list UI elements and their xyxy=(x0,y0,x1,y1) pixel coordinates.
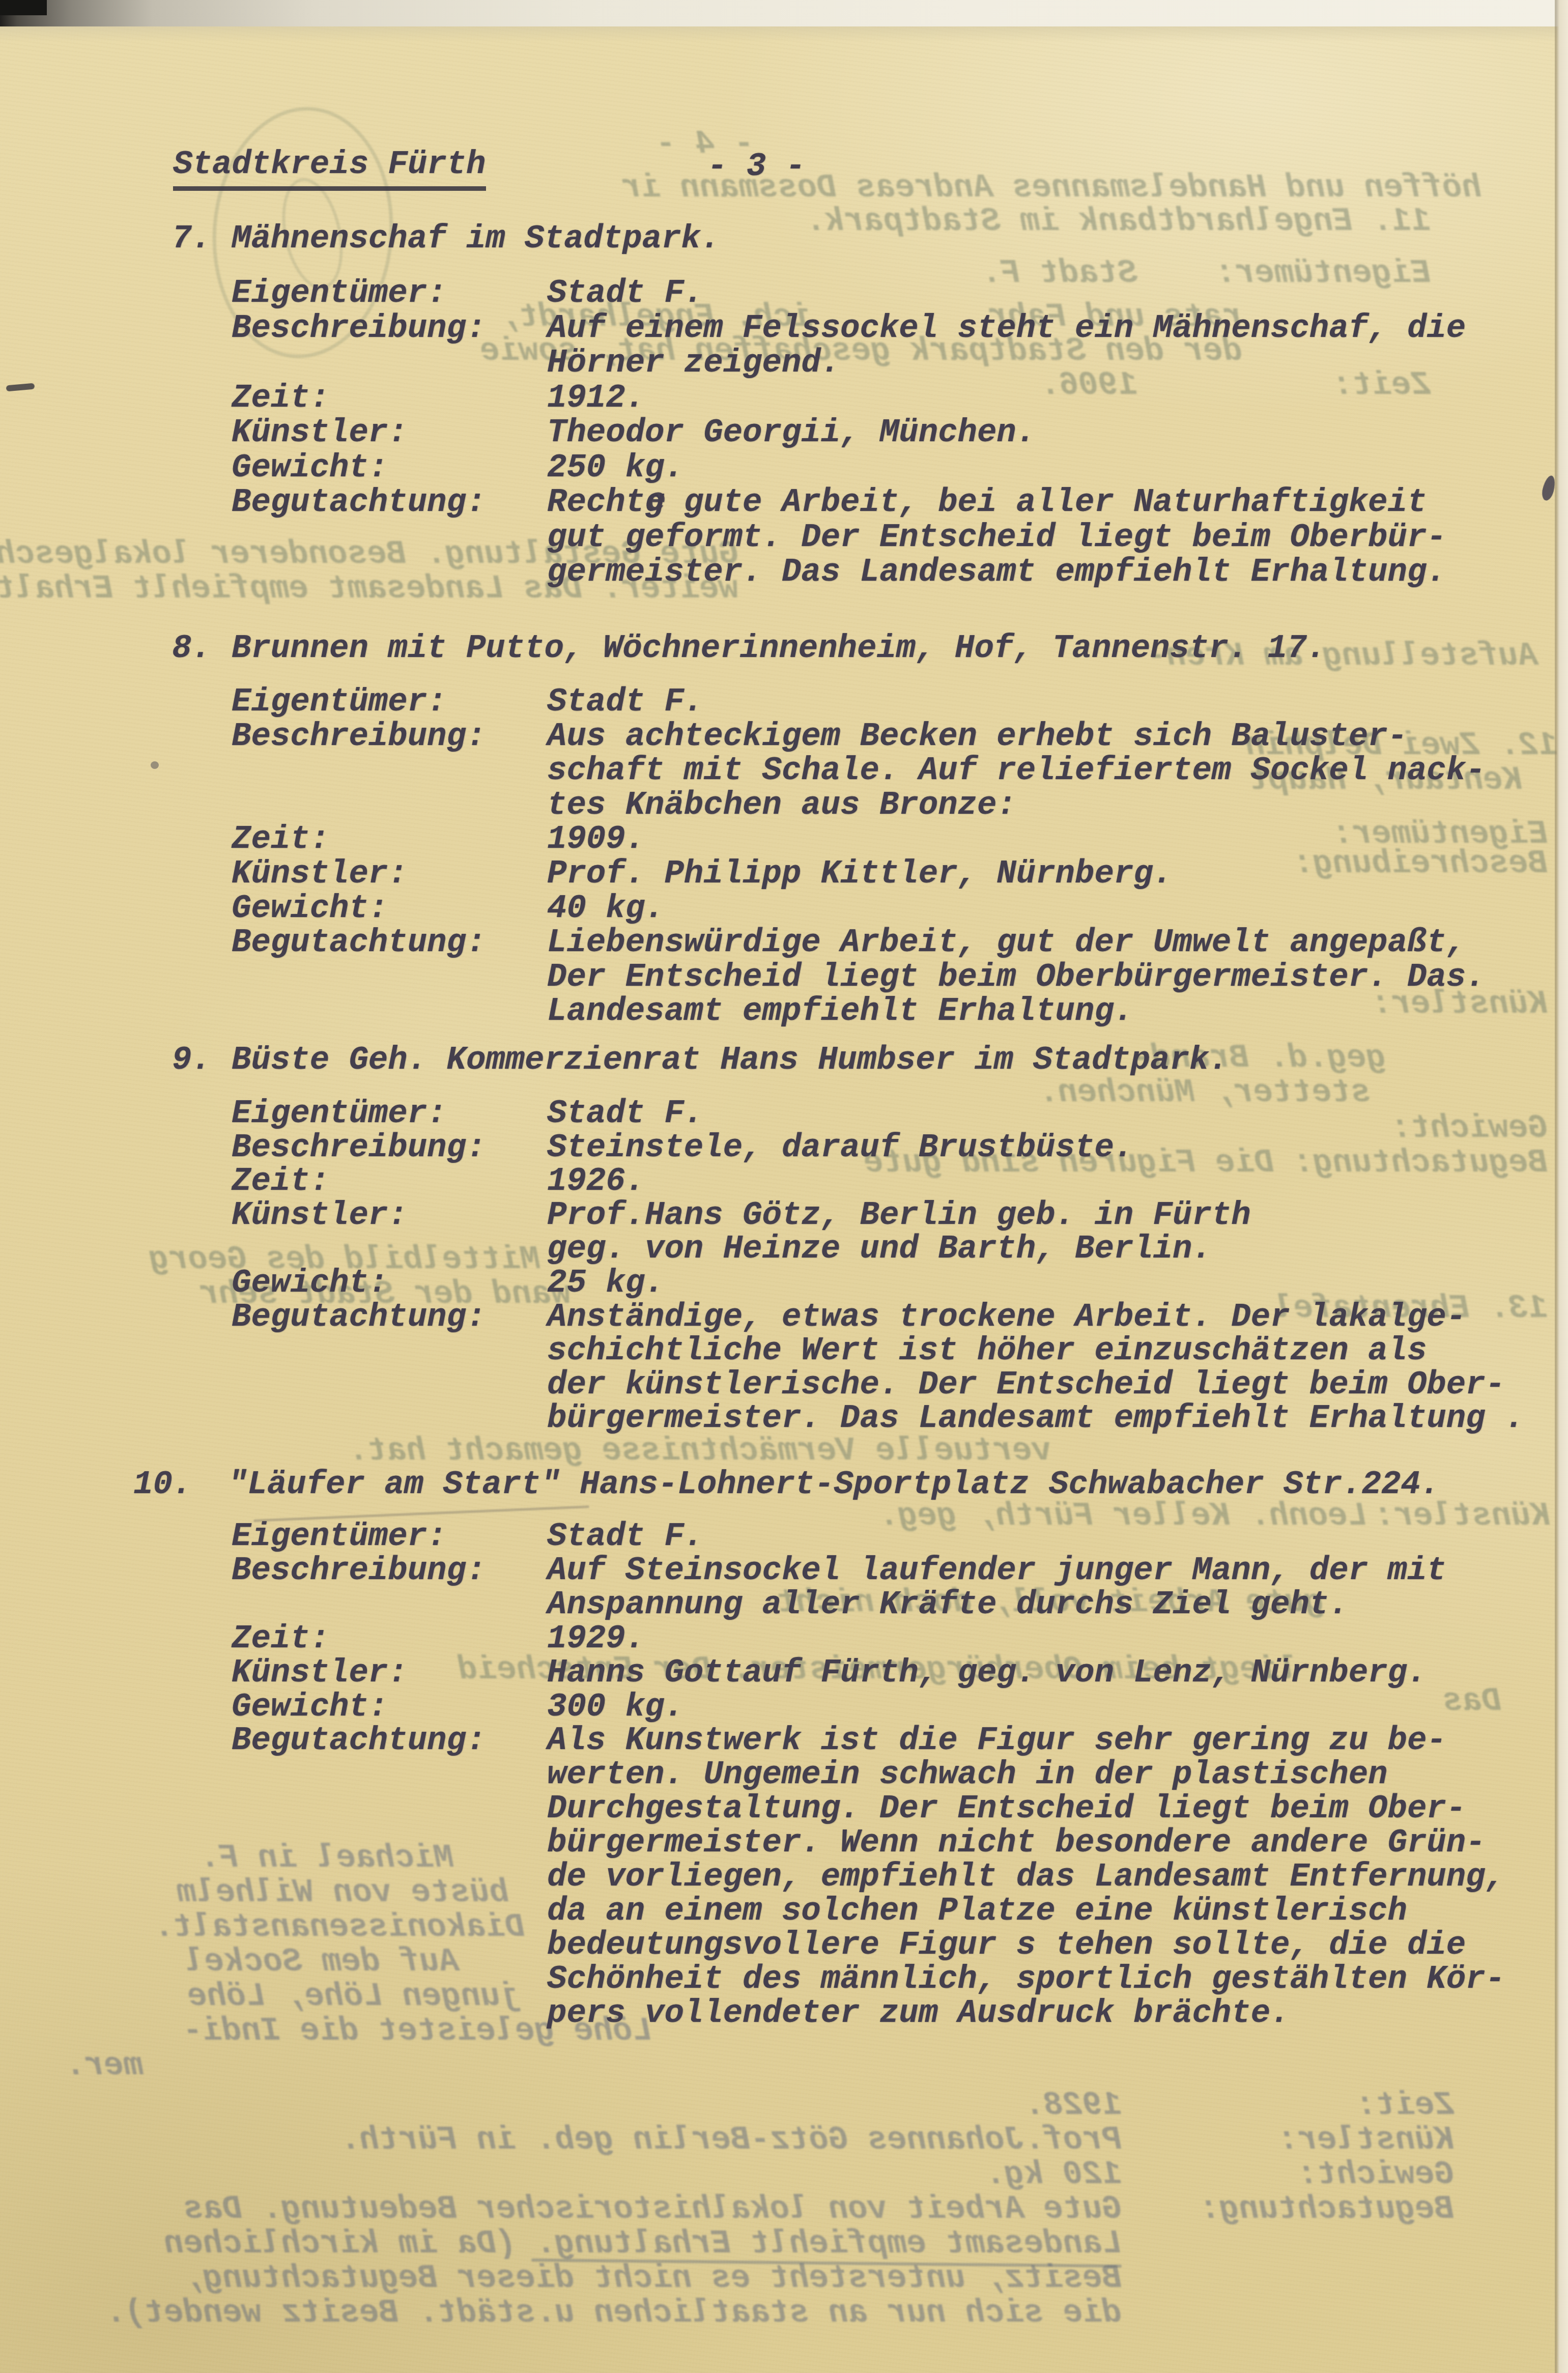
value-segment: bürgermeister. xyxy=(547,1400,840,1437)
value-segment: schichtliche Wert ist höher einzuschätze… xyxy=(547,1333,1427,1369)
entry-number: 9. xyxy=(172,1044,211,1077)
overstrike-char: e xyxy=(646,485,666,518)
value-segment: Aus achteckigem Becken erhebt sich Balus… xyxy=(547,719,1407,755)
value-segment: tes Knäbchen aus Bronze: xyxy=(547,787,1016,824)
field-value-line: Prof. Philipp Kittler, Nürnberg. xyxy=(547,858,1173,891)
scan-right-edge xyxy=(1555,0,1568,2373)
field-label: Gewicht: xyxy=(232,452,388,484)
field-value-line: Anspannung aller Kräfte durchs Ziel geht… xyxy=(547,1589,1349,1621)
field-label: Begutachtung: xyxy=(232,1725,486,1757)
value-segment: Anspannung aller Kräfte durchs Ziel geht… xyxy=(547,1587,1349,1623)
field-value-line: 25 kg. xyxy=(547,1267,664,1300)
value-segment: da an einem solchen Platze eine künstler… xyxy=(547,1893,1407,1930)
value-segment: Landesamt empfiehlt Erhaltung. xyxy=(547,993,1133,1030)
entry-title: Brunnen mit Putto, Wöchnerinnenheim, Hof… xyxy=(232,633,1326,665)
value-segment: Durchgestaltung. Der Entscheid liegt bei… xyxy=(547,1791,1466,1827)
field-value-line: Anständige, etwas trockene Arbeit. Der l… xyxy=(547,1301,1466,1334)
field-value-line: da an einem solchen Platze eine künstler… xyxy=(547,1895,1407,1928)
value-segment: schaft mit Schale. Auf reliefiertem Sock… xyxy=(547,753,1486,789)
field-label: Begutachtung: xyxy=(232,927,486,959)
field-value-line: Steinstele, darauf Brustbüste. xyxy=(547,1132,1133,1164)
value-segment: Steinstele, darauf Brustbüste. xyxy=(547,1130,1133,1166)
field-label: Künstler: xyxy=(232,1199,408,1232)
entry-number: 8. xyxy=(172,633,211,665)
value-segment: 1926. xyxy=(547,1163,645,1200)
value-segment: Theodor Georgii, München. xyxy=(547,415,1036,451)
field-value-line: Durchgestaltung. Der Entscheid liegt bei… xyxy=(547,1793,1466,1825)
field-label: Zeit: xyxy=(232,1165,329,1198)
value-segment: Stadt F. xyxy=(547,1519,703,1555)
field-value-line: Aus achteckigem Becken erhebt sich Balus… xyxy=(547,721,1407,753)
field-value-line: 40 kg. xyxy=(547,893,664,925)
scan-top-edge xyxy=(0,0,1568,26)
entry-title: Mähnenschaf im Stadtpark. xyxy=(232,223,720,255)
value-segment: Auf Steinsockel laufender junger Mann, d… xyxy=(547,1553,1446,1589)
field-label: Zeit: xyxy=(232,1623,329,1655)
field-value-line: Landesamt empfiehlt Erhaltung. xyxy=(547,995,1133,1028)
field-label: Eigentümer: xyxy=(232,686,446,719)
entries: 7.Mähnenschaf im Stadtpark.Eigentümer:St… xyxy=(0,0,1568,2373)
value-segment: Der Entscheid liegt beim Oberbürgermeist… xyxy=(547,959,1407,996)
field-value-line: bürgermeister. Das Landesamt empfiehlt E… xyxy=(547,1403,1524,1435)
field-label: Beschreibung: xyxy=(232,312,486,345)
field-value-line: Stadt F. xyxy=(547,686,703,719)
field-value-line: Rechtge gute Arbeit, bei aller Naturhaft… xyxy=(547,487,1427,519)
value-segment: gut geformt. Der Entscheid liegt beim Ob… xyxy=(547,520,1446,556)
value-segment: germeister. xyxy=(547,554,782,591)
value-segment: Schönheit des männlich, sportlich gestäh… xyxy=(547,1961,1505,1998)
scanned-document-page: - 4 -höffen und Handelsmannes Andreas Do… xyxy=(0,0,1568,2373)
field-label: Beschreibung: xyxy=(232,1132,486,1164)
field-value-line: de vorliegen, empfiehlt das Landesamt En… xyxy=(547,1861,1505,1894)
field-value-line: schaft mit Schale. Auf reliefiertem Sock… xyxy=(547,755,1486,787)
value-segment: Das. xyxy=(1407,959,1486,996)
value-segment: 1929. xyxy=(547,1621,645,1657)
field-label: Gewicht: xyxy=(232,893,388,925)
value-segment: 1909. xyxy=(547,821,645,858)
value-segment: bürgermeister. Wenn nicht besondere ande… xyxy=(547,1825,1486,1862)
value-segment: pers vollendeter zum Ausdruck brächte. xyxy=(547,1995,1290,2032)
value-segment: Prof. Philipp Kittler, Nürnberg. xyxy=(547,856,1173,893)
field-label: Beschreibung: xyxy=(232,1555,486,1587)
entry-title: Büste Geh. Kommerzienrat Hans Humbser im… xyxy=(232,1044,1229,1077)
field-value-line: 300 kg. xyxy=(547,1691,684,1724)
field-value-line: 1912. xyxy=(547,382,645,415)
field-value-line: Stadt F. xyxy=(547,1521,703,1553)
value-segment: geg. von Heinze und Barth, Berlin. xyxy=(547,1231,1212,1268)
field-value-line: schichtliche Wert ist höher einzuschätze… xyxy=(547,1335,1427,1367)
value-segment: Recht xyxy=(547,484,645,521)
entry-title: "Läufer am Start" Hans-Lohnert-Sportplat… xyxy=(228,1469,1440,1501)
field-value-line: Hörner zeigend. xyxy=(547,347,840,380)
value-segment: ge xyxy=(645,487,664,519)
value-segment: Das Landesamt empfiehlt Erhaltung. xyxy=(782,554,1446,591)
field-value-line: 1929. xyxy=(547,1623,645,1655)
value-segment: Stadt F. xyxy=(547,275,703,312)
field-label: Gewicht: xyxy=(232,1267,388,1300)
stray-ink-dot xyxy=(151,761,159,769)
field-label: Eigentümer: xyxy=(232,1521,446,1553)
value-segment: 40 kg. xyxy=(547,891,664,927)
value-segment: 25 kg. xyxy=(547,1265,664,1302)
field-value-line: 250 kg. xyxy=(547,452,684,484)
value-segment: Stadt F. xyxy=(547,1096,703,1132)
entry-number: 7. xyxy=(172,223,211,255)
field-value-line: Stadt F. xyxy=(547,1098,703,1130)
field-value-line: pers vollendeter zum Ausdruck brächte. xyxy=(547,1997,1290,2030)
field-value-line: bürgermeister. Wenn nicht besondere ande… xyxy=(547,1827,1486,1860)
value-segment: . xyxy=(1486,1400,1525,1437)
value-segment: der künstlerische. Der Entscheid liegt b… xyxy=(547,1367,1505,1404)
field-value-line: 1909. xyxy=(547,823,645,856)
scan-corner-shadow xyxy=(0,0,47,15)
field-label: Künstler: xyxy=(232,1657,408,1690)
field-value-line: 1926. xyxy=(547,1165,645,1198)
field-label: Zeit: xyxy=(232,823,329,856)
field-value-line: Hanns Gottauf Fürth, geg. von Lenz, Nürn… xyxy=(547,1657,1427,1690)
value-segment: Liebenswürdige Arbeit, gut der Umwelt an… xyxy=(547,925,1466,961)
field-value-line: Auf einem Felssockel steht ein Mähnensch… xyxy=(547,312,1466,345)
field-value-line: gut geformt. Der Entscheid liegt beim Ob… xyxy=(547,522,1446,554)
field-value-line: der künstlerische. Der Entscheid liegt b… xyxy=(547,1369,1505,1402)
value-segment: werten. Ungemein schwach in der plastisc… xyxy=(547,1757,1387,1793)
value-segment: 300 kg. xyxy=(547,1689,684,1726)
field-value-line: bedeutungsvollere Figur s tehen sollte, … xyxy=(547,1929,1466,1962)
value-segment: Hörner zeigend. xyxy=(547,345,840,382)
field-value-line: Theodor Georgii, München. xyxy=(547,417,1036,449)
value-segment: Anständige, etwas trockene Arbeit. Der l… xyxy=(547,1299,1466,1336)
field-label: Begutachtung: xyxy=(232,487,486,519)
field-value-line: Prof.Hans Götz, Berlin geb. in Fürth xyxy=(547,1199,1251,1232)
value-segment: Auf einem Felssockel steht ein Mähnensch… xyxy=(547,310,1466,347)
value-segment: bedeutungsvollere Figur s tehen sollte, … xyxy=(547,1927,1466,1964)
value-segment: 250 kg. xyxy=(547,450,684,487)
value-segment: gute Arbeit, bei aller Naturhaftigkeit xyxy=(664,484,1427,521)
field-label: Begutachtung: xyxy=(232,1301,486,1334)
field-value-line: geg. von Heinze und Barth, Berlin. xyxy=(547,1233,1212,1266)
field-label: Künstler: xyxy=(232,417,408,449)
field-value-line: tes Knäbchen aus Bronze: xyxy=(547,789,1016,822)
entry-number: 10. xyxy=(133,1469,192,1501)
field-label: Eigentümer: xyxy=(232,1098,446,1130)
value-segment: Das Landesamt empfiehlt Erhaltung xyxy=(840,1400,1485,1437)
field-label: Künstler: xyxy=(232,858,408,891)
value-segment: 1912. xyxy=(547,380,645,417)
value-segment: Stadt F. xyxy=(547,684,703,721)
field-label: Eigentümer: xyxy=(232,277,446,310)
field-value-line: Auf Steinsockel laufender junger Mann, d… xyxy=(547,1555,1446,1587)
value-segment: Hanns Gottauf Fürth, geg. von Lenz, Nürn… xyxy=(547,1655,1427,1692)
value-segment: Prof.Hans Götz, Berlin geb. in Fürth xyxy=(547,1197,1251,1234)
field-value-line: Schönheit des männlich, sportlich gestäh… xyxy=(547,1963,1505,1996)
field-value-line: Als Kunstwerk ist die Figur sehr gering … xyxy=(547,1725,1446,1757)
field-label: Zeit: xyxy=(232,382,329,415)
field-value-line: Liebenswürdige Arbeit, gut der Umwelt an… xyxy=(547,927,1466,959)
field-value-line: germeister. Das Landesamt empfiehlt Erha… xyxy=(547,556,1446,589)
field-value-line: Der Entscheid liegt beim Oberbürgermeist… xyxy=(547,961,1486,994)
value-segment: de vorliegen, empfiehlt das Landesamt En… xyxy=(547,1859,1505,1896)
field-label: Gewicht: xyxy=(232,1691,388,1724)
field-value-line: Stadt F. xyxy=(547,277,703,310)
value-segment: Als Kunstwerk ist die Figur sehr gering … xyxy=(547,1723,1446,1759)
field-label: Beschreibung: xyxy=(232,721,486,753)
field-value-line: werten. Ungemein schwach in der plastisc… xyxy=(547,1759,1387,1791)
